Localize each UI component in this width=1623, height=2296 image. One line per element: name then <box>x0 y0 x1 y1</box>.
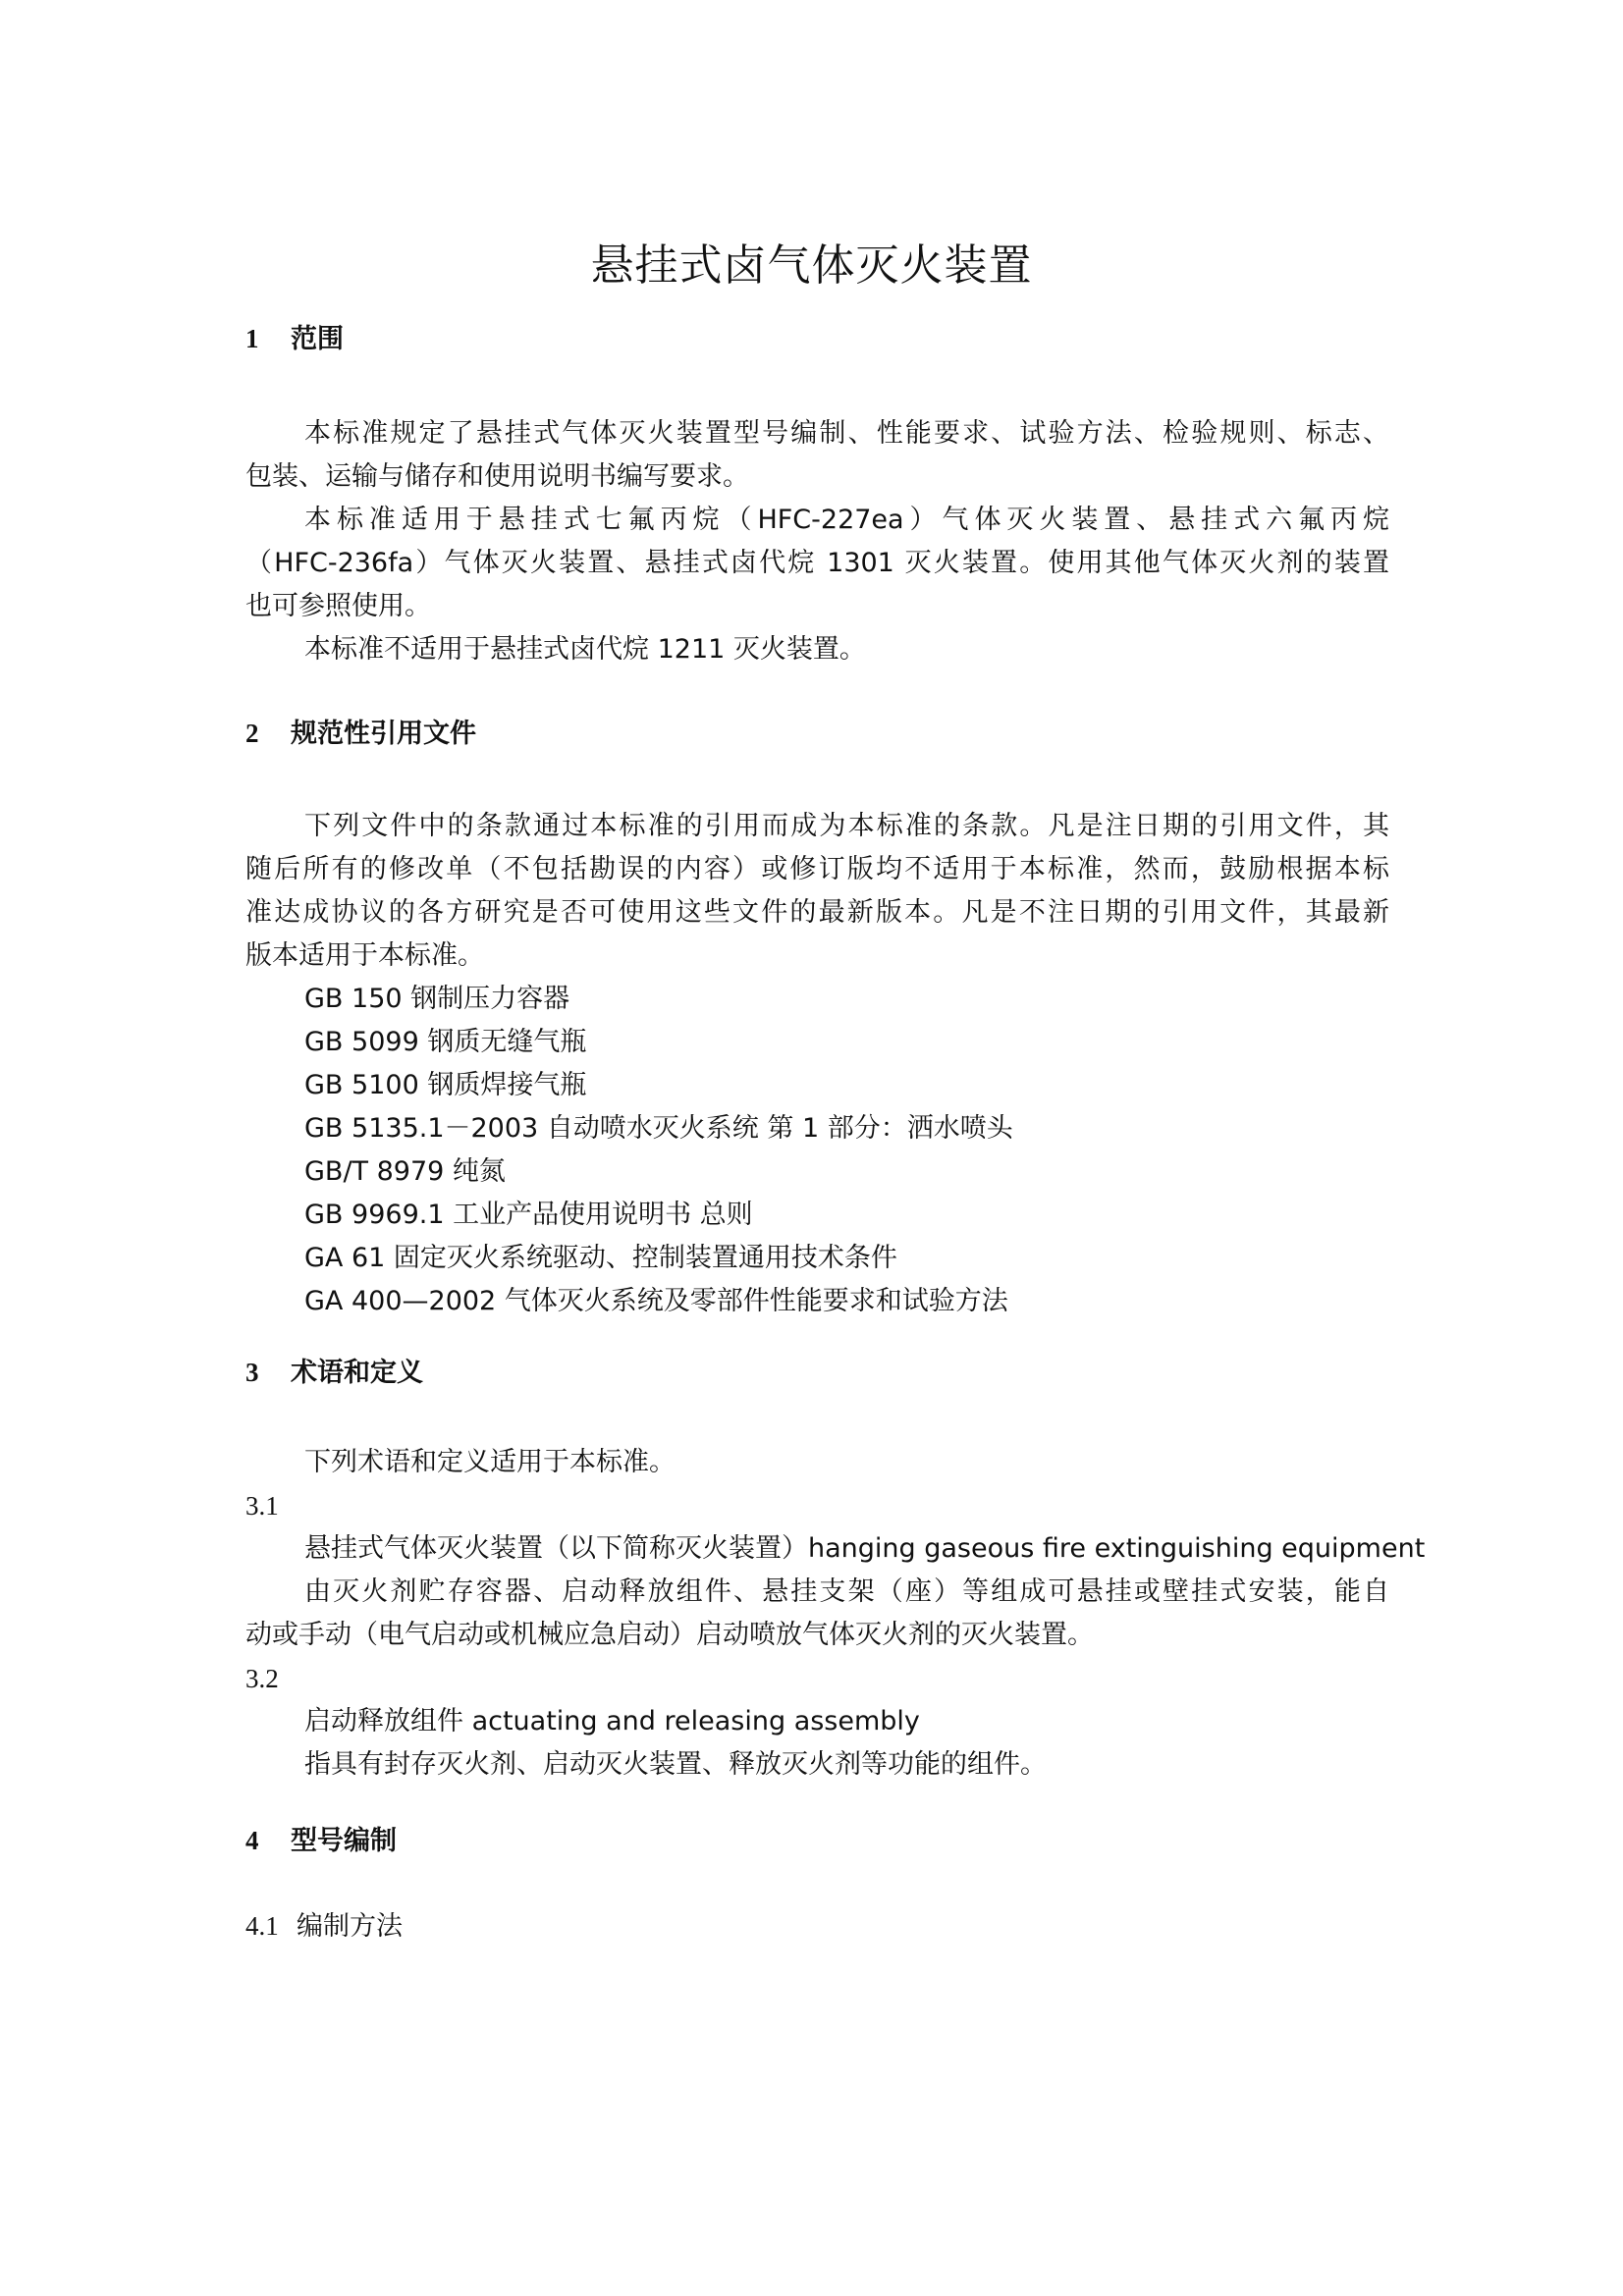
term-definition-line: 指具有封存灭火剂、启动灭火装置、释放灭火剂等功能的组件。 <box>304 1745 1389 1785</box>
document-page: 悬挂式卤气体灭火装置 1范围 本标准规定了悬挂式气体灭火装置型号编制、性能要求、… <box>0 0 1623 2296</box>
paragraph-line: 本标准不适用于悬挂式卤代烷 1211 灭火装置。 <box>304 630 1389 669</box>
section-number: 2 <box>245 714 291 753</box>
subsection-number: 4.1 <box>245 1906 297 1946</box>
reference-item: GA 61 固定灭火系统驱动、控制装置通用技术条件 <box>304 1239 1389 1278</box>
paragraph-line: 随后所有的修改单（不包括勘误的内容）或修订版均不适用于本标准，然而，鼓励根据本标 <box>245 850 1389 889</box>
subsection-4-1-heading: 4.1编制方法 <box>245 1906 1389 1947</box>
section-number: 1 <box>245 319 291 358</box>
section-title: 范围 <box>291 324 344 354</box>
reference-item: GA 400—2002 气体灭火系统及零部件性能要求和试验方法 <box>304 1282 1389 1321</box>
paragraph-line: （HFC-236fa）气体灭火装置、悬挂式卤代烷 1301 灭火装置。使用其他气… <box>245 544 1389 583</box>
term-definition-line: 由灭火剂贮存容器、启动释放组件、悬挂支架（座）等组成可悬挂或壁挂式安装，能自 <box>304 1573 1389 1612</box>
section-intro: 下列术语和定义适用于本标准。 <box>304 1443 1389 1482</box>
paragraph-line: 准达成协议的各方研究是否可使用这些文件的最新版本。凡是不注日期的引用文件，其最新 <box>245 893 1389 933</box>
section-title: 术语和定义 <box>291 1358 423 1388</box>
reference-item: GB 5099 钢质无缝气瓶 <box>304 1023 1389 1062</box>
term-title: 悬挂式气体灭火装置（以下简称灭火装置）hanging gaseous fire … <box>304 1529 1389 1569</box>
section-title: 规范性引用文件 <box>291 719 476 749</box>
section-number: 4 <box>245 1821 291 1860</box>
reference-item: GB 5100 钢质焊接气瓶 <box>304 1066 1389 1105</box>
section-3-heading: 3术语和定义 <box>245 1353 423 1393</box>
section-title: 型号编制 <box>291 1826 397 1856</box>
term-title: 启动释放组件 actuating and releasing assembly <box>304 1702 1389 1741</box>
section-4-heading: 4型号编制 <box>245 1821 397 1861</box>
reference-item: GB 150 钢制压力容器 <box>304 980 1389 1019</box>
reference-item: GB/T 8979 纯氮 <box>304 1152 1389 1192</box>
section-1-heading: 1范围 <box>245 319 344 359</box>
paragraph-line: 本标准规定了悬挂式气体灭火装置型号编制、性能要求、试验方法、检验规则、标志、 <box>304 414 1389 454</box>
section-number: 3 <box>245 1353 291 1392</box>
paragraph-line: 包装、运输与储存和使用说明书编写要求。 <box>245 457 1389 497</box>
term-definition-line: 动或手动（电气启动或机械应急启动）启动喷放气体灭火剂的灭火装置。 <box>245 1616 1389 1655</box>
clause-number: 3.2 <box>245 1659 279 1698</box>
section-2-heading: 2规范性引用文件 <box>245 714 476 754</box>
paragraph-line: 本标准适用于悬挂式七氟丙烷（HFC-227ea）气体灭火装置、悬挂式六氟丙烷 <box>304 501 1389 540</box>
clause-number: 3.1 <box>245 1486 279 1525</box>
reference-item: GB 9969.1 工业产品使用说明书 总则 <box>304 1196 1389 1235</box>
subsection-title: 编制方法 <box>297 1911 403 1942</box>
paragraph-line: 下列文件中的条款通过本标准的引用而成为本标准的条款。凡是注日期的引用文件，其 <box>304 807 1389 846</box>
document-title: 悬挂式卤气体灭火装置 <box>0 237 1623 295</box>
reference-item: GB 5135.1－2003 自动喷水灭火系统 第 1 部分：洒水喷头 <box>304 1109 1389 1148</box>
paragraph-line: 也可参照使用。 <box>245 587 1389 626</box>
paragraph-line: 版本适用于本标准。 <box>245 936 1389 976</box>
